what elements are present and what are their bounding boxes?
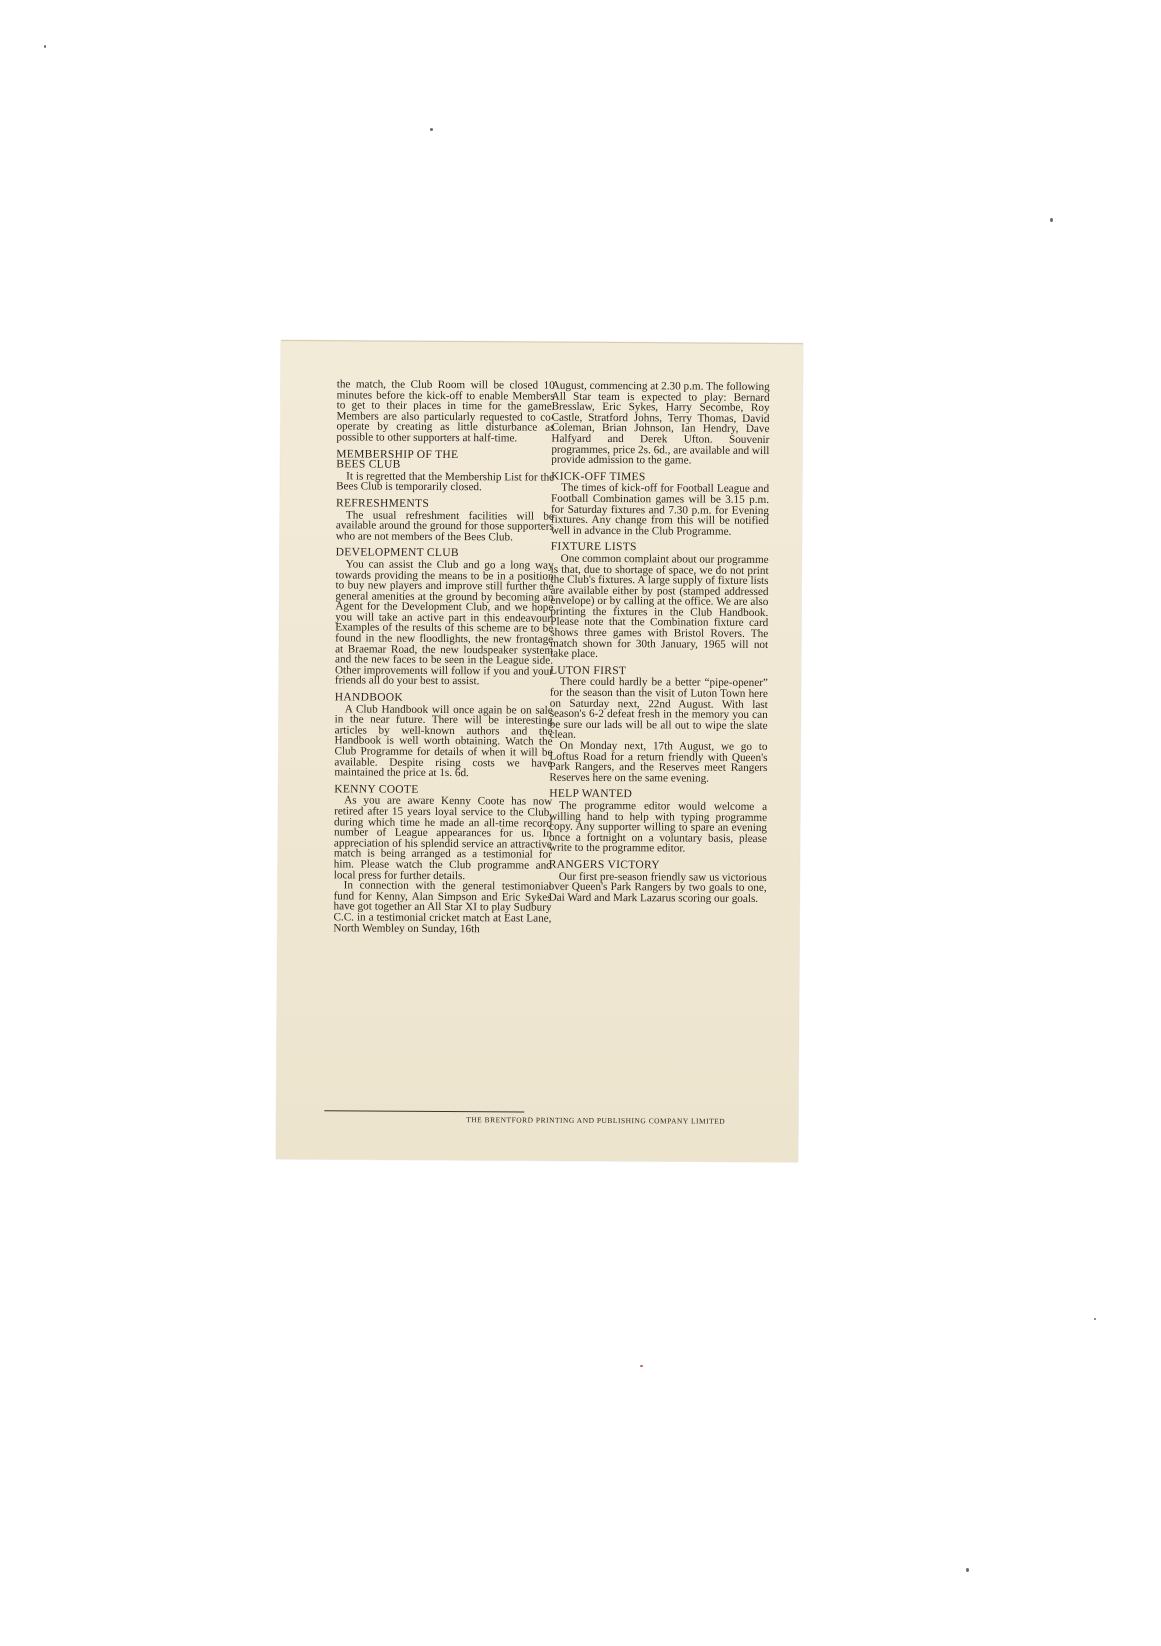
section-heading: HANDBOOK (335, 692, 553, 704)
printer-imprint: THE BRENTFORD PRINTING AND PUBLISHING CO… (466, 1115, 725, 1126)
scan-speck (640, 1365, 643, 1367)
section-heading: MEMBERSHIP OF THE BEES CLUB (336, 449, 554, 472)
section-paragraph: There could hardly be a better “pipe-ope… (550, 677, 768, 742)
scan-speck (44, 45, 46, 48)
section-paragraph: August, commencing at 2.30 p.m. The foll… (551, 381, 770, 467)
section-paragraph: Our first pre-season friendly saw us vic… (549, 871, 767, 904)
section-paragraph: You can assist the Club and go a long wa… (335, 559, 554, 687)
section-paragraph: It is regretted that the Membership List… (336, 471, 554, 494)
section-paragraph: the match, the Club Room will be closed … (336, 379, 554, 444)
left-column: the match, the Club Room will be closed … (333, 379, 554, 940)
section-paragraph: A Club Handbook will once again be on sa… (334, 704, 552, 779)
section-paragraph: The times of kick-off for Football Leagu… (551, 483, 769, 537)
section-paragraph: In connection with the general testimoni… (333, 880, 551, 934)
right-column: August, commencing at 2.30 p.m. The foll… (549, 381, 770, 911)
section-paragraph: The programme editor would welcome a wil… (549, 801, 767, 855)
section-heading: REFRESHMENTS (336, 498, 554, 510)
scan-speck (966, 1568, 969, 1572)
article-section: August, commencing at 2.30 p.m. The foll… (551, 381, 770, 467)
article-section: MEMBERSHIP OF THE BEES CLUBIt is regrett… (336, 449, 554, 494)
section-paragraph: As you are aware Kenny Coote has now ret… (334, 796, 553, 882)
article-section: LUTON FIRSTThere could hardly be a bette… (549, 665, 768, 784)
article-section: KICK-OFF TIMESThe times of kick-off for … (551, 471, 769, 537)
article-section: REFRESHMENTSThe usual refreshment facili… (336, 498, 554, 543)
article-section: the match, the Club Room will be closed … (336, 379, 554, 444)
scan-speck (430, 128, 433, 131)
section-paragraph: The usual refreshment facilities will be… (336, 510, 554, 543)
scan-speck (1050, 218, 1053, 222)
programme-page: the match, the Club Room will be closed … (276, 340, 803, 1162)
article-section: HELP WANTEDThe programme editor would we… (549, 789, 767, 855)
article-section: KENNY COOTEAs you are aware Kenny Coote … (333, 784, 552, 935)
section-paragraph: One common complaint about our programme… (550, 554, 769, 661)
scan-speck (1094, 1318, 1096, 1320)
section-paragraph: On Monday next, 17th August, we go to Lo… (549, 741, 767, 785)
article-section: DEVELOPMENT CLUBYou can assist the Club … (335, 548, 554, 688)
article-section: HANDBOOKA Club Handbook will once again … (334, 692, 553, 779)
article-section: RANGERS VICTORYOur first pre-season frie… (549, 860, 767, 905)
section-heading: RANGERS VICTORY (549, 860, 767, 872)
footer-rule (324, 1110, 524, 1112)
article-section: FIXTURE LISTSOne common complaint about … (550, 542, 769, 661)
